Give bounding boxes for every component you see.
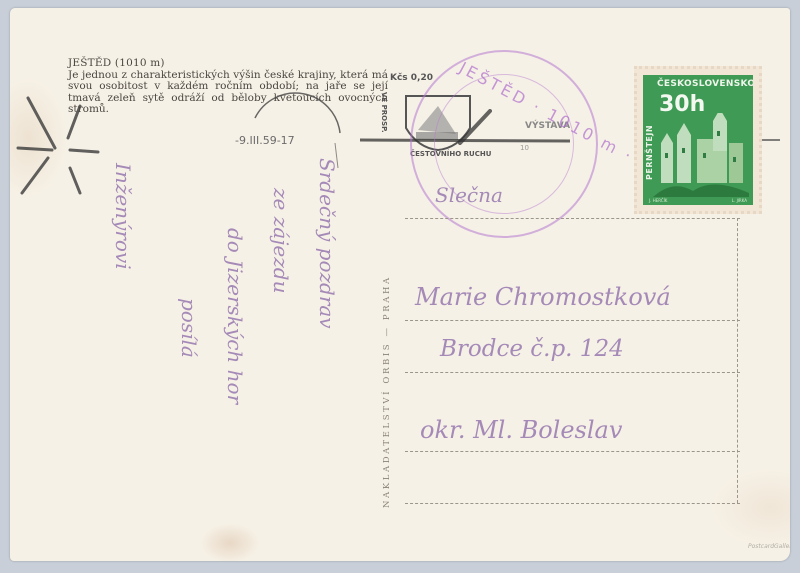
message-line-4: posílá bbox=[166, 158, 212, 404]
address-line-3 bbox=[405, 372, 740, 373]
postage-stamp: ČESKOSLOVENSKO 30h PERNŠTEJN bbox=[634, 66, 762, 214]
address-box-border bbox=[737, 218, 738, 503]
postcard-back: JEŠTĚD (1010 m) Je jednou z charakterist… bbox=[10, 8, 790, 561]
stamp-credit-left: J. HERČÍK bbox=[649, 198, 667, 203]
handwritten-message: Srdečný pozdrav ze zájezdu do Jizerských… bbox=[166, 158, 350, 404]
message-line-1: Srdečný pozdrav bbox=[304, 158, 350, 404]
message-line-3: do Jizerských hor bbox=[212, 158, 258, 404]
stamp-country: ČESKOSLOVENSKO bbox=[657, 79, 753, 89]
recipient-title: Slečna bbox=[435, 183, 503, 207]
postmark-date: -9.III.59-17 bbox=[235, 134, 295, 147]
message-left-margin: Inženýrovi bbox=[111, 163, 135, 270]
recipient-district: okr. Ml. Boleslav bbox=[420, 416, 622, 444]
address-line-1 bbox=[405, 218, 740, 219]
watermark: PostcardGallery bbox=[748, 543, 790, 550]
address-line-4 bbox=[405, 451, 740, 452]
postmark-slogan-value: Kčs 0,20 bbox=[390, 73, 433, 83]
address-line-5 bbox=[405, 503, 740, 504]
recipient-name: Marie Chromostková bbox=[415, 283, 671, 311]
message-line-2: ze zájezdu bbox=[258, 158, 304, 404]
recipient-street: Brodce č.p. 124 bbox=[440, 336, 624, 362]
castle-icon bbox=[653, 113, 749, 197]
stamp-credit-right: L. JIRKA bbox=[732, 198, 747, 203]
caption-title: JEŠTĚD (1010 m) bbox=[68, 58, 388, 70]
stamp-design: ČESKOSLOVENSKO 30h PERNŠTEJN bbox=[643, 75, 753, 205]
publisher-imprint: NAKLADATELSTVÍ ORBIS — PRAHA bbox=[382, 275, 392, 508]
address-line-2 bbox=[405, 320, 740, 321]
